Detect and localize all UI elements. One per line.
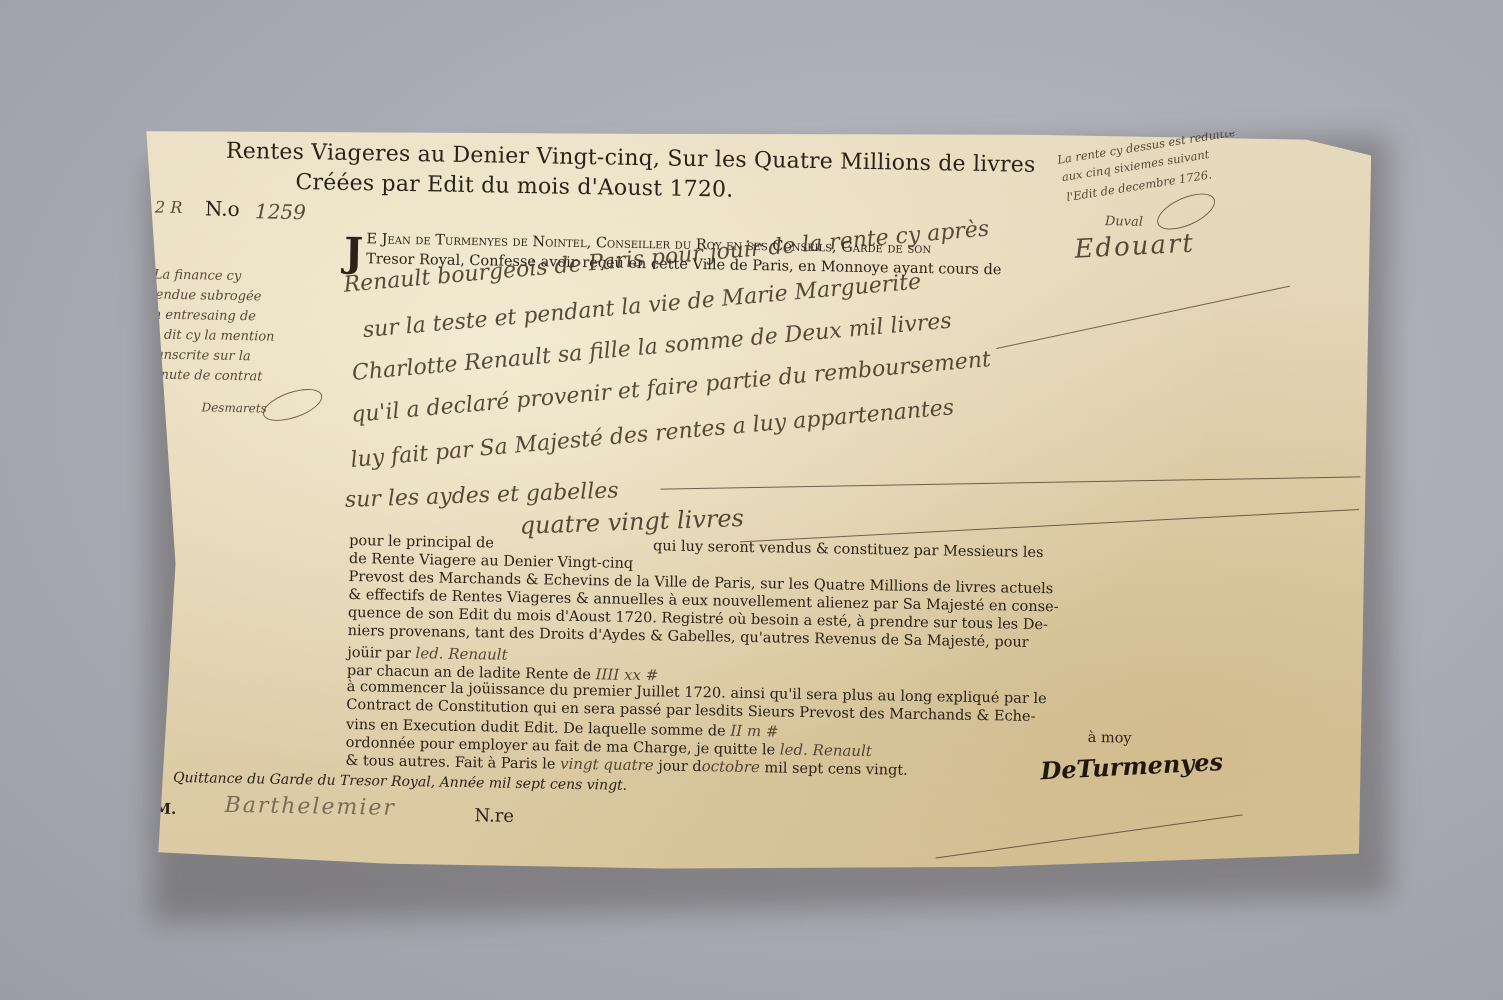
margin-signature: Desmarets	[201, 400, 266, 415]
main-signature: DeTurmenyes	[1040, 747, 1224, 786]
corner-mark: 2 R	[155, 198, 183, 217]
margin-paraph-flourish	[259, 383, 326, 428]
number-label: N.o	[205, 196, 240, 221]
fill-rule	[660, 476, 1360, 490]
top-right-signature: Duval	[1105, 214, 1143, 230]
fill-rule	[740, 509, 1359, 543]
intro-dropcap: J	[344, 233, 364, 273]
parchment-document: Rentes Viageres au Denier Vingt-cinq, Su…	[134, 119, 1372, 880]
fill-rule	[996, 286, 1290, 350]
handwritten-principal-amount: quatre vingt livres	[519, 504, 744, 540]
margin-note-line-1: La finance cy	[154, 268, 242, 285]
margin-note-line-3: en entresaing de	[145, 307, 256, 324]
margin-note-line-4: ce dit cy la mention	[145, 327, 275, 344]
handwritten-name-first: Edouart	[1074, 229, 1196, 265]
document-title-line-2: Créées par Edit du mois d'Aoust 1720.	[295, 170, 733, 203]
footer-no-label: N.re	[474, 805, 514, 827]
signature-flourish	[936, 814, 1243, 859]
margin-note-line-2: rendue subrogée	[149, 287, 261, 304]
footer-m-value: Barthelemier	[224, 793, 396, 821]
number-value: 1259	[255, 199, 306, 224]
footer-quittance: Quittance du Garde du Tresor Royal, Anné…	[173, 770, 627, 794]
handwritten-line-6: sur les aydes et gabelles	[344, 478, 618, 513]
